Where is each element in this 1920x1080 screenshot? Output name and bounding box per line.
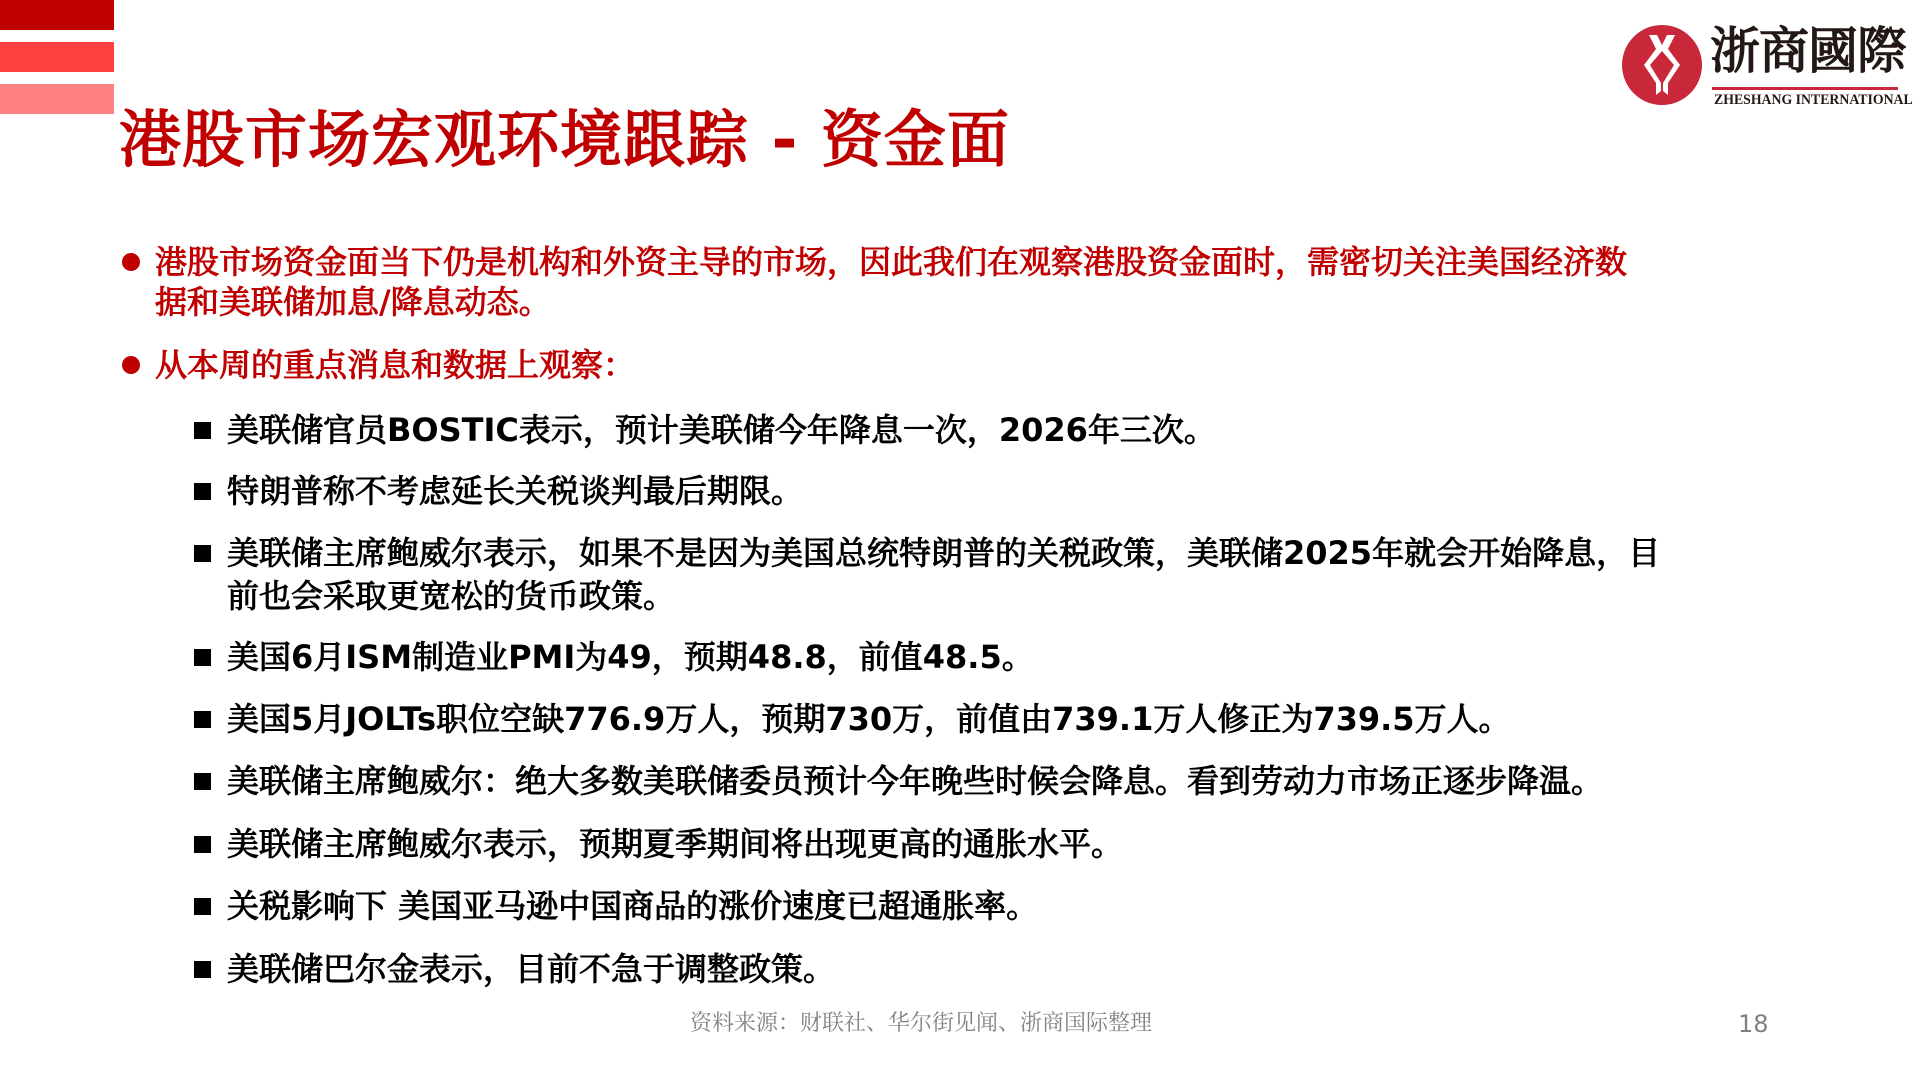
logo-name-cn: 浙商國際 bbox=[1710, 20, 1906, 82]
logo-divider bbox=[1712, 87, 1898, 90]
bullet-text-line: 据和美联储加息/降息动态。 bbox=[155, 282, 551, 322]
square-bullet-icon bbox=[194, 483, 211, 500]
list-item-continuation: 前也会采取更宽松的货币政策。 bbox=[227, 576, 675, 616]
square-bullet-icon bbox=[194, 649, 211, 666]
list-item: 美国6月ISM制造业PMI为49，预期48.8，前值48.5。 bbox=[227, 637, 1034, 677]
accent-bar-dark bbox=[0, 0, 114, 30]
list-item: 美联储主席鲍威尔：绝大多数美联储委员预计今年晚些时候会降息。看到劳动力市场正逐步… bbox=[227, 761, 1603, 801]
square-bullet-icon bbox=[194, 422, 211, 439]
bullet-dot-icon bbox=[122, 253, 140, 271]
square-bullet-icon bbox=[194, 545, 211, 562]
bullet-text-line: 从本周的重点消息和数据上观察： bbox=[155, 345, 635, 385]
list-item: 特朗普称不考虑延长关税谈判最后期限。 bbox=[227, 471, 803, 511]
logo-name-en: ZHESHANG INTERNATIONAL bbox=[1714, 91, 1913, 109]
square-bullet-icon bbox=[194, 836, 211, 853]
list-item: 美联储官员BOSTIC表示，预计美联储今年降息一次，2026年三次。 bbox=[227, 410, 1216, 450]
page-number: 18 bbox=[1738, 1008, 1769, 1040]
square-bullet-icon bbox=[194, 773, 211, 790]
list-item: 美联储主席鲍威尔表示，如果不是因为美国总统特朗普的关税政策，美联储2025年就会… bbox=[227, 533, 1660, 573]
list-item: 关税影响下 美国亚马逊中国商品的涨价速度已超通胀率。 bbox=[227, 886, 1038, 926]
list-item: 美联储巴尔金表示，目前不急于调整政策。 bbox=[227, 949, 835, 989]
list-item: 美联储主席鲍威尔表示，预期夏季期间将出现更高的通胀水平。 bbox=[227, 824, 1123, 864]
accent-bar-light bbox=[0, 84, 114, 114]
square-bullet-icon bbox=[194, 711, 211, 728]
accent-bar-medium bbox=[0, 42, 114, 72]
square-bullet-icon bbox=[194, 898, 211, 915]
bullet-dot-icon bbox=[122, 356, 140, 374]
logo-emblem-icon bbox=[1622, 25, 1702, 105]
square-bullet-icon bbox=[194, 961, 211, 978]
bullet-text-line: 港股市场资金面当下仍是机构和外资主导的市场，因此我们在观察港股资金面时，需密切关… bbox=[155, 242, 1627, 282]
page-title: 港股市场宏观环境跟踪 - 资金面 bbox=[119, 100, 1010, 180]
list-item: 美国5月JOLTs职位空缺776.9万人，预期730万，前值由739.1万人修正… bbox=[227, 699, 1511, 739]
source-note: 资料来源：财联社、华尔街见闻、浙商国际整理 bbox=[690, 1008, 1152, 1040]
company-logo: 浙商國際 ZHESHANG INTERNATIONAL bbox=[1618, 20, 1908, 112]
